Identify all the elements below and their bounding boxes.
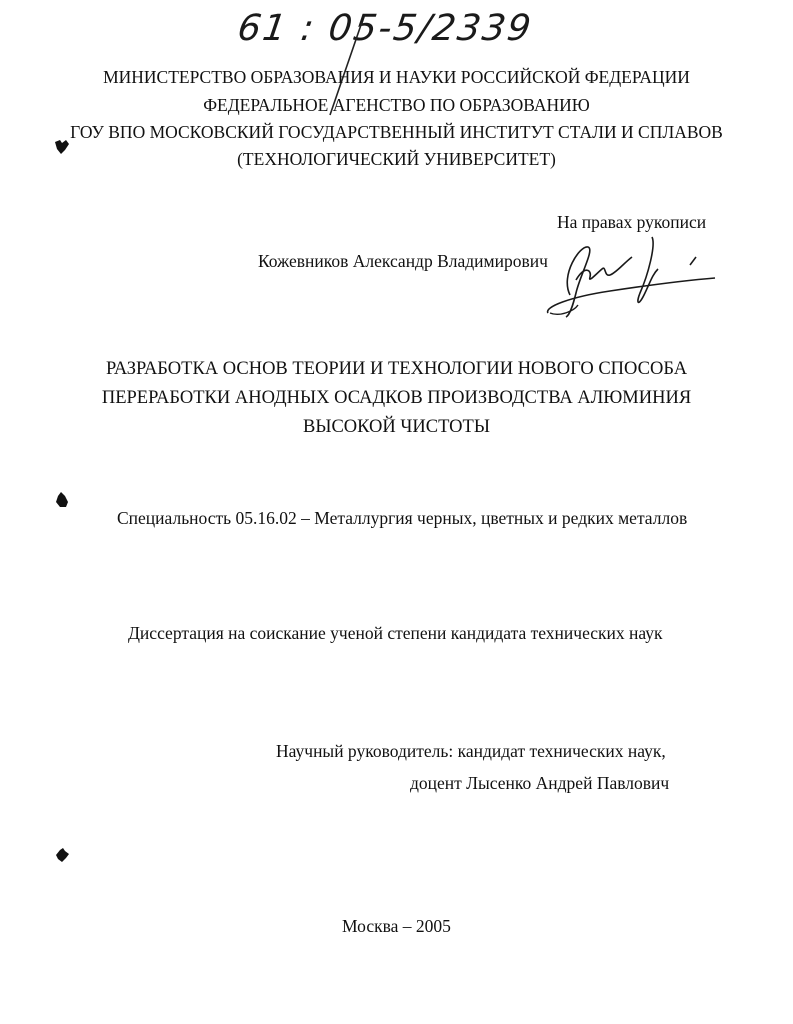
ink-blot-icon xyxy=(52,846,72,864)
city-year: Москва – 2005 xyxy=(0,915,793,937)
author-name: Кожевников Александр Владимирович xyxy=(258,250,548,272)
supervisor-line-2: доцент Лысенко Андрей Павлович xyxy=(410,772,669,794)
ink-blot-icon xyxy=(52,138,72,156)
header-university: (ТЕХНОЛОГИЧЕСКИЙ УНИВЕРСИТЕТ) xyxy=(0,148,793,170)
header-institute: ГОУ ВПО МОСКОВСКИЙ ГОСУДАРСТВЕННЫЙ ИНСТИ… xyxy=(0,121,793,143)
header-agency: ФЕДЕРАЛЬНОЕ АГЕНСТВО ПО ОБРАЗОВАНИЮ xyxy=(0,94,793,116)
title-line-2: ПЕРЕРАБОТКИ АНОДНЫХ ОСАДКОВ ПРОИЗВОДСТВА… xyxy=(0,386,793,410)
rights-note: На правах рукописи xyxy=(557,211,706,233)
degree: Диссертация на соискание ученой степени … xyxy=(128,622,663,644)
ink-blot-icon xyxy=(52,490,72,510)
title-line-1: РАЗРАБОТКА ОСНОВ ТЕОРИИ И ТЕХНОЛОГИИ НОВ… xyxy=(0,357,793,381)
header-ministry: МИНИСТЕРСТВО ОБРАЗОВАНИЯ И НАУКИ РОССИЙС… xyxy=(0,66,793,88)
supervisor-line-1: Научный руководитель: кандидат техническ… xyxy=(276,740,666,762)
title-line-3: ВЫСОКОЙ ЧИСТОТЫ xyxy=(0,415,793,439)
archive-stamp-handwritten: 61 : 05-5/2339 xyxy=(235,8,535,49)
specialty: Специальность 05.16.02 – Металлургия чер… xyxy=(117,507,687,529)
signature-icon xyxy=(540,235,720,325)
